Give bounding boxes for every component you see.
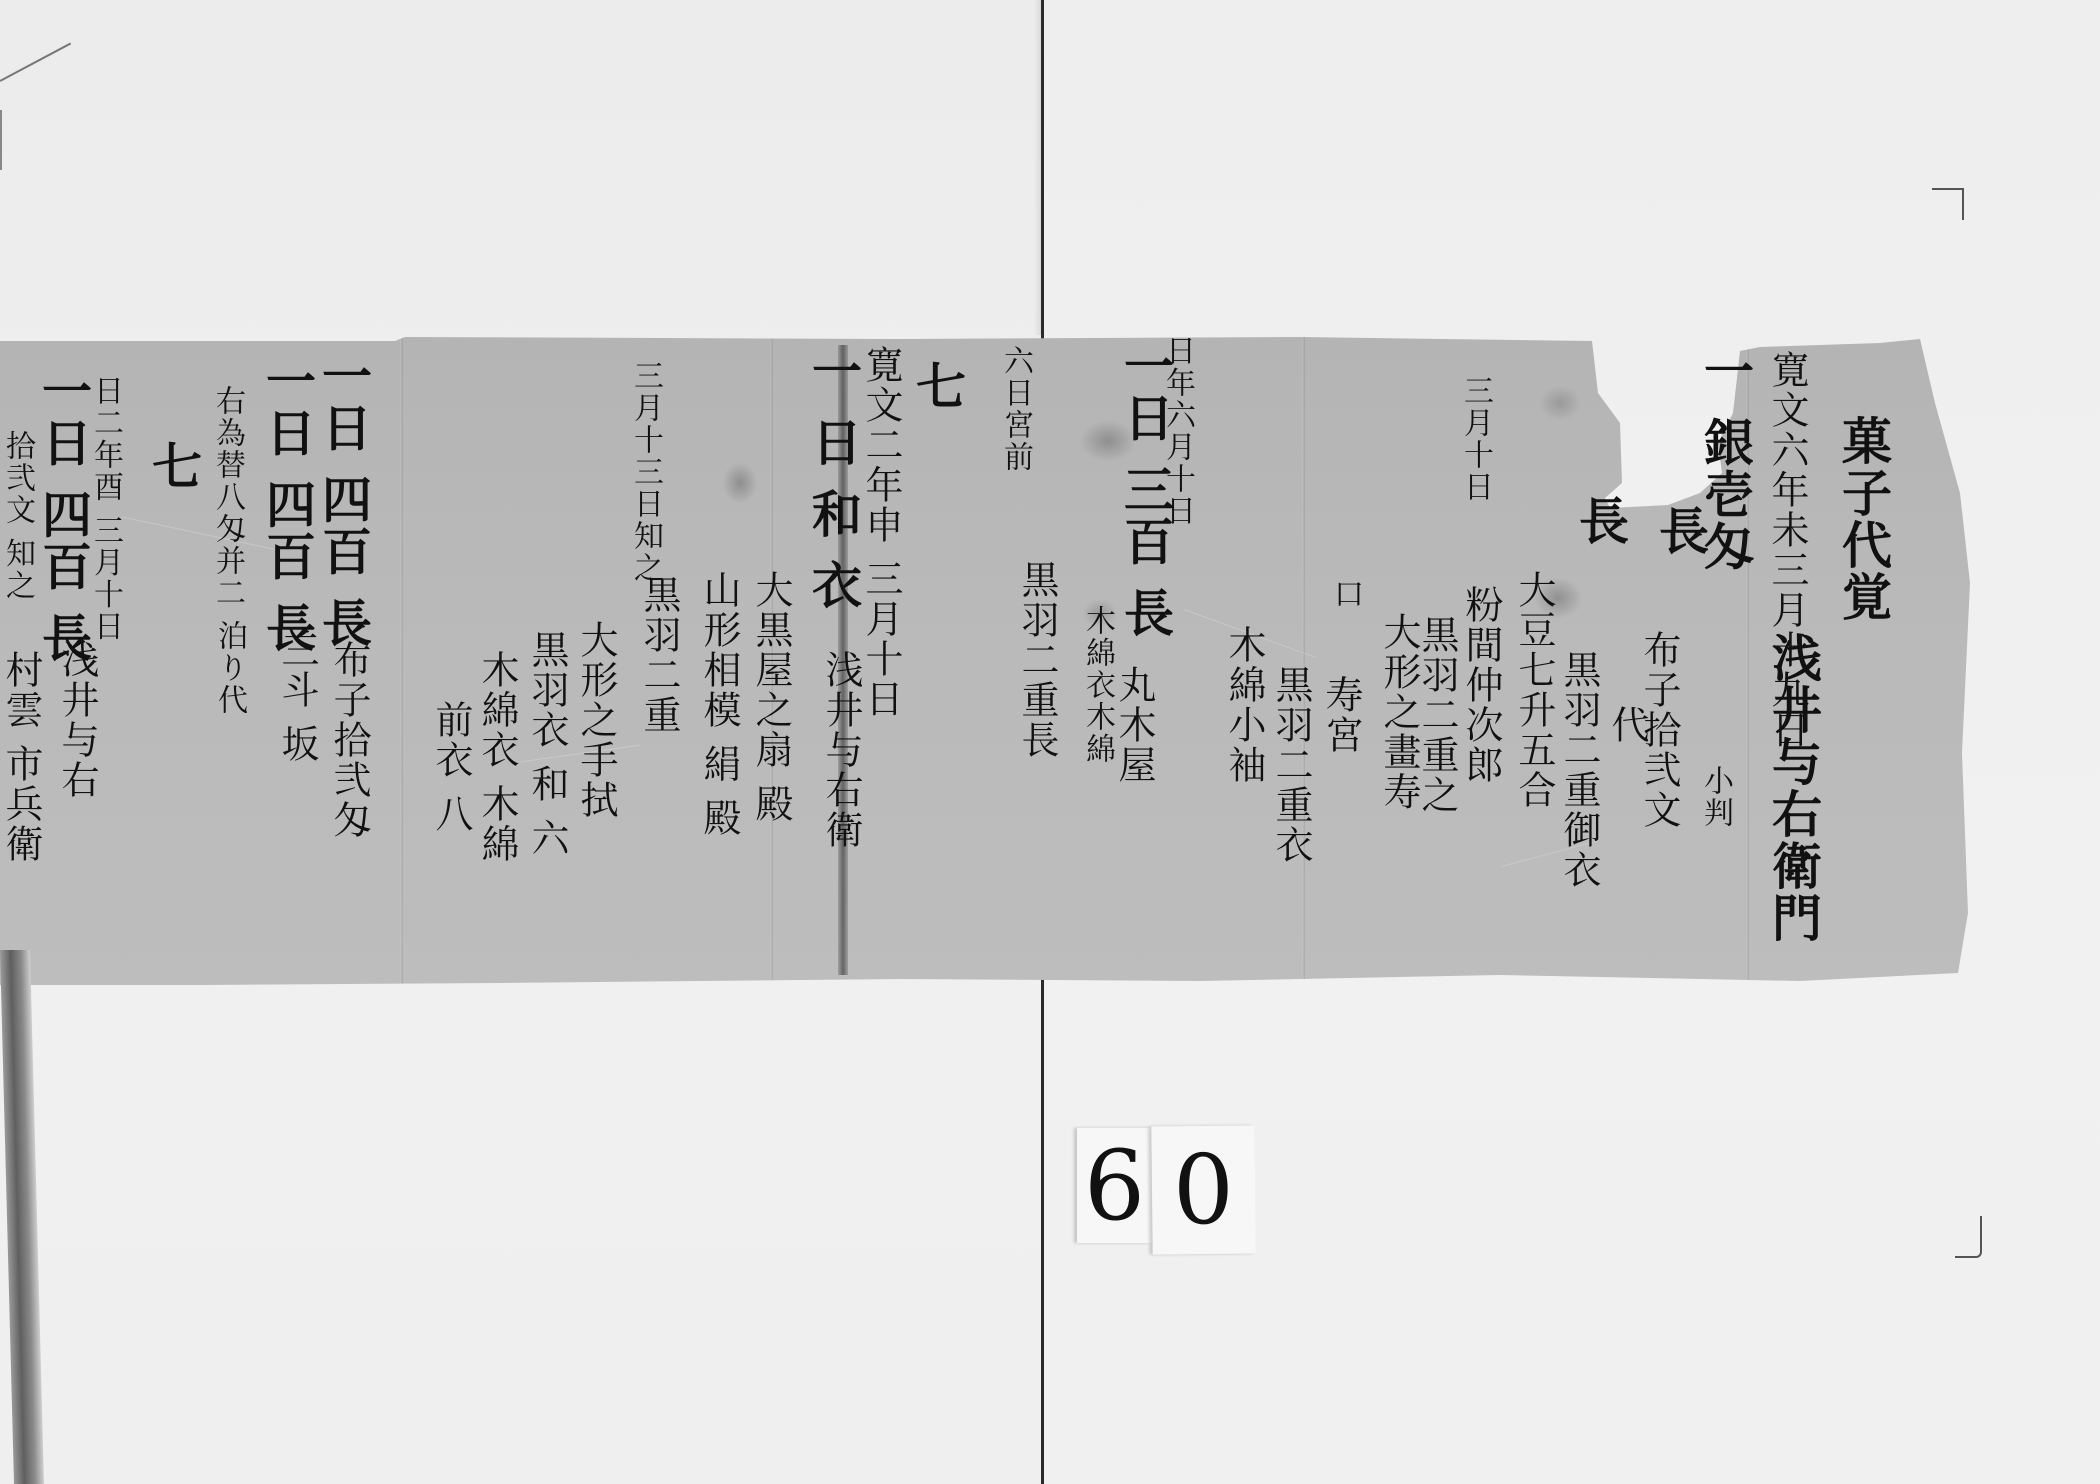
document-title: 菓子代覚 [1838,415,1888,623]
page-number-digit: 6 [1077,1128,1152,1243]
manuscript-column: 一日 四百 長 [38,365,88,664]
manuscript-column: 七 [148,440,198,492]
manuscript-column: 三斗 坂 [278,630,316,764]
manuscript-column: 口 [1330,578,1360,610]
manuscript-column: 木綿衣木綿 [1082,605,1112,765]
manuscript-column: 浅井与右衛門 [1768,632,1818,944]
paper-fiber [122,516,279,550]
manuscript-column: 寛文二年申 三月十日 [862,345,900,719]
manuscript-column: 泊り代 [214,620,244,716]
manuscript-column: 木綿衣 木綿 [478,650,516,864]
manuscript-column: 大形之手拭 [577,620,615,820]
manuscript-column: 前衣 八 [432,700,470,834]
manuscript-column: 日二年酉 三月十日 [90,375,120,643]
manuscript-column: 右為替八匁并二 [212,385,242,609]
manuscript-column: 黒羽二重之 [1418,615,1456,815]
manuscript-column: 小判 [1700,765,1730,829]
page-number-digit: 0 [1151,1125,1255,1254]
corner-mark-top-left-stem [0,110,2,170]
manuscript-column: 七 [912,360,962,412]
manuscript-column: 拾弐文 知之 [2,430,32,602]
manuscript-column: 大黒屋之扇 殿 [752,570,790,824]
manuscript-column: 村雲 市兵衛 [2,650,40,864]
manuscript-column: 三月十三日知之 [630,360,660,584]
manuscript-column: 長 [1575,495,1625,547]
manuscript-column: 一日 四百 長 [318,350,368,649]
paper-fold-line [400,333,403,985]
divider-shadow [1034,0,1041,335]
manuscript-column: 日年六月十日 [1162,335,1192,527]
manuscript-column: 丸木屋 [1115,665,1153,785]
manuscript-column: 山形相模 絹 殿 [700,570,738,838]
manuscript-column: 代 [1608,705,1646,745]
manuscript-column: 大豆七升五合 [1515,570,1553,810]
corner-mark-top-right [1932,188,1964,220]
manuscript-column: 粉間仲次郎 [1462,585,1500,785]
manuscript-column: 浅井与右衛 [822,650,860,850]
manuscript-column: 布子拾弐匁 [330,640,368,840]
manuscript-column: 浅井与右 [58,640,96,800]
paper-fold-line [1302,333,1305,985]
manuscript-column: 一日 四百 長 [262,355,312,654]
manuscript-column: 大形之畫寿 [1380,612,1418,812]
manuscript-column: 黒羽衣 和 六 [528,630,566,858]
manuscript-column: 黒羽二重 [640,575,678,735]
manuscript-column: 一 日 和 衣 [808,345,858,611]
manuscript-column: 黒羽二重御衣 [1560,650,1598,890]
corner-mark-bottom-right [1955,1216,1982,1258]
manuscript-column: 黒羽二重長 [1018,560,1056,760]
manuscript-column: 長 [1655,505,1705,557]
manuscript-column: 寿宮 [1322,675,1360,755]
manuscript-column: 黒羽二重衣 [1272,665,1310,865]
manuscript-column: 六日宮前 [1000,345,1030,473]
manuscript-column: 木綿小袖 [1225,625,1263,785]
manuscript-column: 三月十日 [1460,375,1490,503]
